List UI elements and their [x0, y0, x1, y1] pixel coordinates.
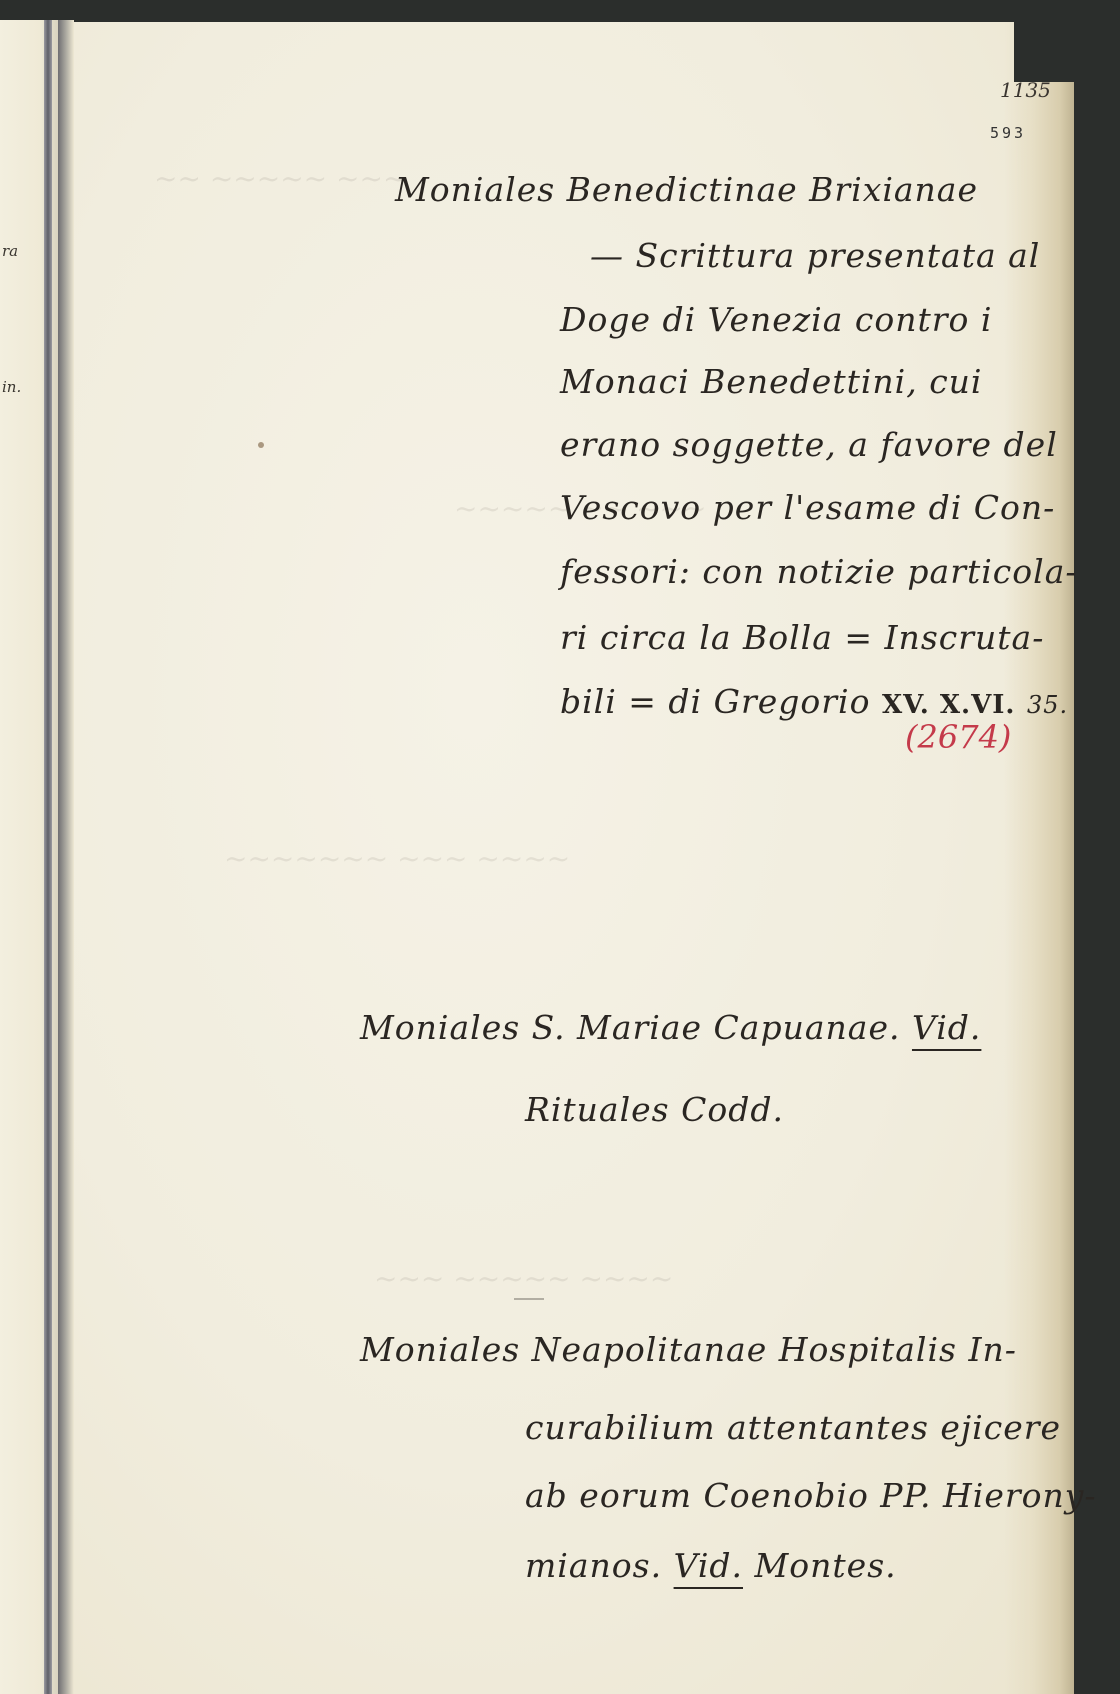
- left-page-fragment: ra: [2, 242, 18, 260]
- entry-1-line-2: — Scrittura presentata al: [590, 236, 1040, 275]
- red-catalog-number: (2674): [905, 718, 1011, 756]
- folio-number-handwritten: 1135: [1000, 78, 1051, 102]
- hieronymianos-text: mianos.: [525, 1546, 662, 1585]
- bleed-through: ~~~ ~~~~~ ~~~~: [374, 1262, 673, 1295]
- entry-1-line-8: ri circa la Bolla = Inscruta-: [560, 618, 1044, 657]
- page-reference: 35.: [1027, 691, 1068, 719]
- gregorio-text: bili = di Gregorio: [560, 682, 870, 721]
- bleed-through: ~~~~~~~ ~~~ ~~~~: [224, 842, 570, 875]
- entry-3-line-2: curabilium attentantes ejicere: [525, 1408, 1061, 1447]
- torn-corner: [1014, 22, 1074, 82]
- entry-1-line-4: Monaci Benedettini, cui: [560, 362, 982, 401]
- entry-1-line-6: Vescovo per l'esame di Con-: [560, 488, 1055, 527]
- entry-2-title: Moniales S. Mariae Capuanae.: [360, 1008, 900, 1047]
- vid-target: Montes.: [755, 1546, 897, 1585]
- entry-2-line-2: Rituales Codd.: [525, 1090, 784, 1129]
- ink-spot: [258, 442, 264, 448]
- roman-reference: XV. X.VI.: [882, 690, 1016, 720]
- entry-3-line-4: mianos. Vid. Montes.: [525, 1546, 897, 1585]
- entry-1-line-3: Doge di Venezia contro i: [560, 300, 992, 339]
- entry-3-line-1: Moniales Neapolitanae Hospitalis In-: [360, 1330, 1017, 1369]
- entry-1-line-9: bili = di Gregorio XV. X.VI. 35.: [560, 682, 1068, 721]
- book-spine-edge: [44, 20, 52, 1694]
- entry-1-line-5: erano soggette, a favore del: [560, 425, 1058, 464]
- bleed-through: ~~ ~~~~~ ~~~: [154, 162, 406, 195]
- folio-number-stamped: 593: [990, 124, 1026, 142]
- entry-1-line-7: fessori: con notizie particola-: [560, 552, 1078, 591]
- vid-reference: Vid.: [674, 1546, 743, 1585]
- entry-1-line-1: Moniales Benedictinae Brixianae: [395, 170, 978, 209]
- left-page-fragment: in.: [2, 378, 21, 396]
- left-facing-page: ra in.: [0, 20, 58, 1694]
- separator-dash: [514, 1298, 544, 1300]
- book-gutter: [58, 20, 74, 1694]
- entry-2-line-1: Moniales S. Mariae Capuanae. Vid.: [360, 1008, 981, 1047]
- vid-reference: Vid.: [912, 1008, 981, 1047]
- entry-3-line-3: ab eorum Coenobio PP. Hierony-: [525, 1476, 1097, 1515]
